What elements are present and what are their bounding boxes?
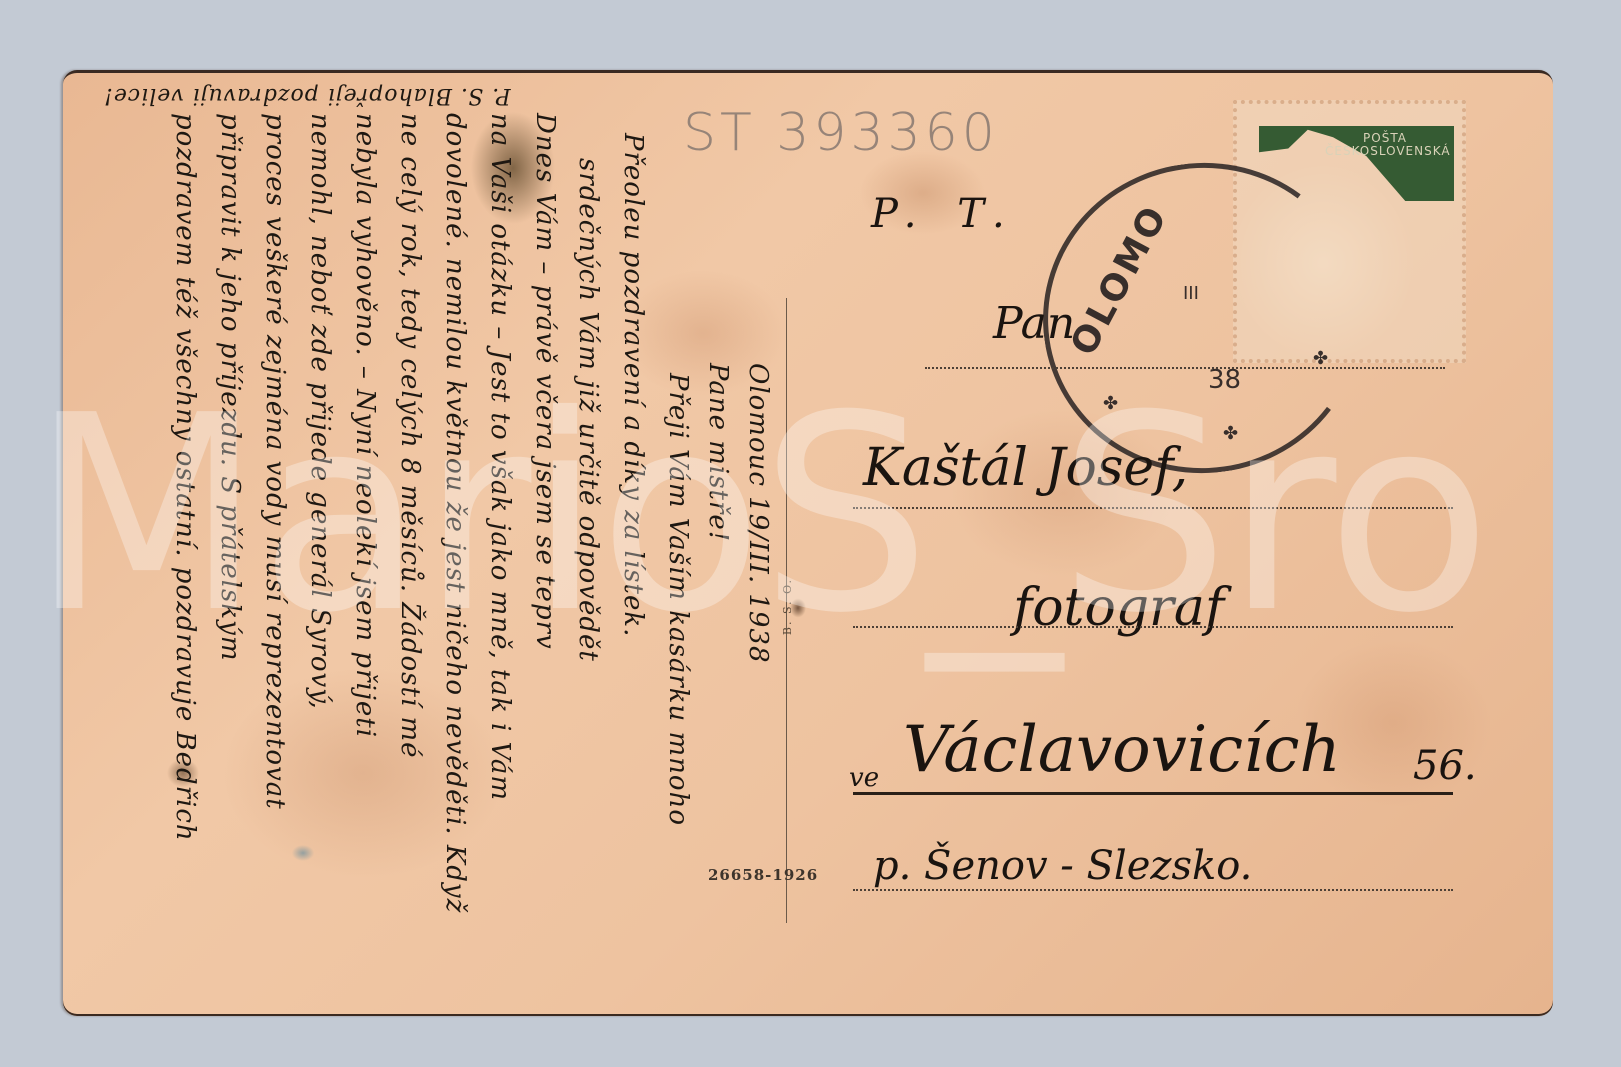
letter-postscript: P. S. Blahopřeji pozdravuji velice! xyxy=(103,83,511,108)
stamp-text: POŠTA ČESKOSLOVENSKÁ xyxy=(1325,132,1445,158)
address-town: Václavovicích xyxy=(903,713,1341,787)
watermark: MarioS_Sro xyxy=(30,380,1488,650)
card-number: 26658-1926 xyxy=(708,866,818,884)
address-dotted-line xyxy=(853,888,1453,891)
address-post-office: p. Šenov - Slezsko. xyxy=(873,843,1252,889)
address-prefix: ve xyxy=(849,763,879,793)
address-underline xyxy=(853,791,1453,795)
address-salutation: P. T. xyxy=(871,191,1019,237)
postmark-month: III xyxy=(1183,283,1199,304)
address-title: Pan xyxy=(993,298,1075,349)
address-house-number: 56. xyxy=(1413,743,1477,789)
